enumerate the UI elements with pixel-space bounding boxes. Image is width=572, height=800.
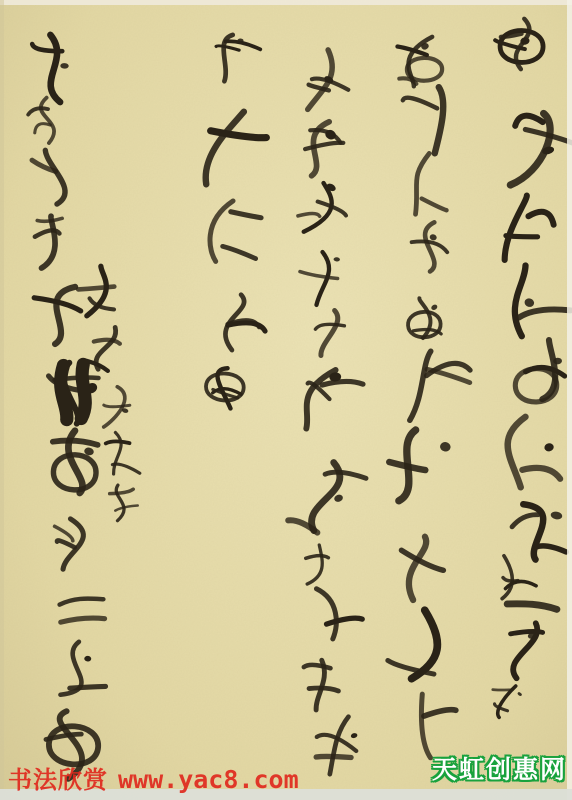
watermark: 书法欣赏www.yac8.com [8, 760, 299, 795]
calligraphy-scan-photo: 也浥搦筆爲無海之一方乞四種法方四種要葉羅方札好求法玄福乘如打所名之寳許落也没汉至… [0, 0, 572, 800]
badge-tianhong: 天虹创惠网 [432, 750, 567, 786]
calligraphy-artwork: 也浥搦筆爲無海之一方乞四種法方四種要葉羅方札好求法玄福乘如打所名之寳許落也没汉至… [0, 0, 572, 800]
watermark-site-name: 书法欣赏 [8, 765, 108, 794]
watermark-url: www.yac8.com [118, 765, 299, 794]
